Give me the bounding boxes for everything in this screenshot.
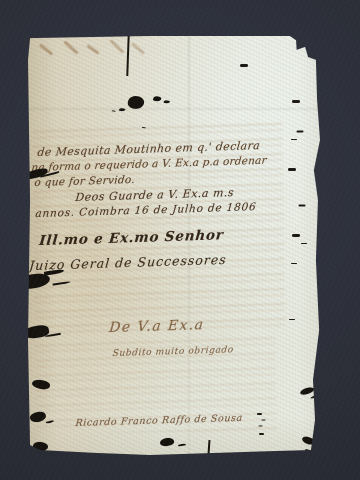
- ink-blot: [126, 34, 129, 76]
- faded-stroke: [86, 44, 99, 54]
- manuscript-closing-line: De V.a Ex.a: [109, 317, 206, 336]
- manuscript-signature: Ricardo Franco Raffo de Sousa: [75, 413, 243, 429]
- ink-blot: [301, 435, 315, 445]
- vertical-fold-crease: [188, 36, 190, 455]
- horizontal-fold-crease: [28, 108, 320, 110]
- manuscript-address-line: Ill.mo e Ex.mo Senhor: [39, 227, 225, 249]
- scan-backdrop: de Mesquita Moutinho em q.' declara na f…: [0, 0, 360, 480]
- faded-stroke: [109, 39, 124, 54]
- manuscript-line: annos. Coimbra 16 de Julho de 1806: [35, 201, 257, 220]
- ink-blot-cluster: [159, 437, 174, 448]
- ink-blot: [22, 324, 50, 340]
- manuscript-line: Deos Guarde a V. Ex.a m.s: [75, 186, 235, 204]
- ink-blot: [299, 386, 314, 396]
- manuscript-page: de Mesquita Moutinho em q.' declara na f…: [28, 36, 320, 455]
- ink-blot: [208, 440, 211, 454]
- manuscript-line: o que for Servido.: [34, 174, 136, 189]
- ink-blot: [31, 378, 51, 391]
- faded-stroke: [39, 43, 53, 55]
- ink-blot: [29, 410, 47, 424]
- ink-speck-column: [257, 413, 262, 415]
- faded-stroke: [63, 40, 78, 54]
- manuscript-closing-line: Subdito muito obrigado: [112, 345, 234, 359]
- ink-blot: [32, 441, 48, 452]
- faded-stroke: [131, 42, 145, 55]
- manuscript-address-line: Juizo Geral de Successores: [29, 252, 228, 273]
- ink-speck-column: [240, 64, 248, 67]
- ink-blot: [19, 272, 51, 290]
